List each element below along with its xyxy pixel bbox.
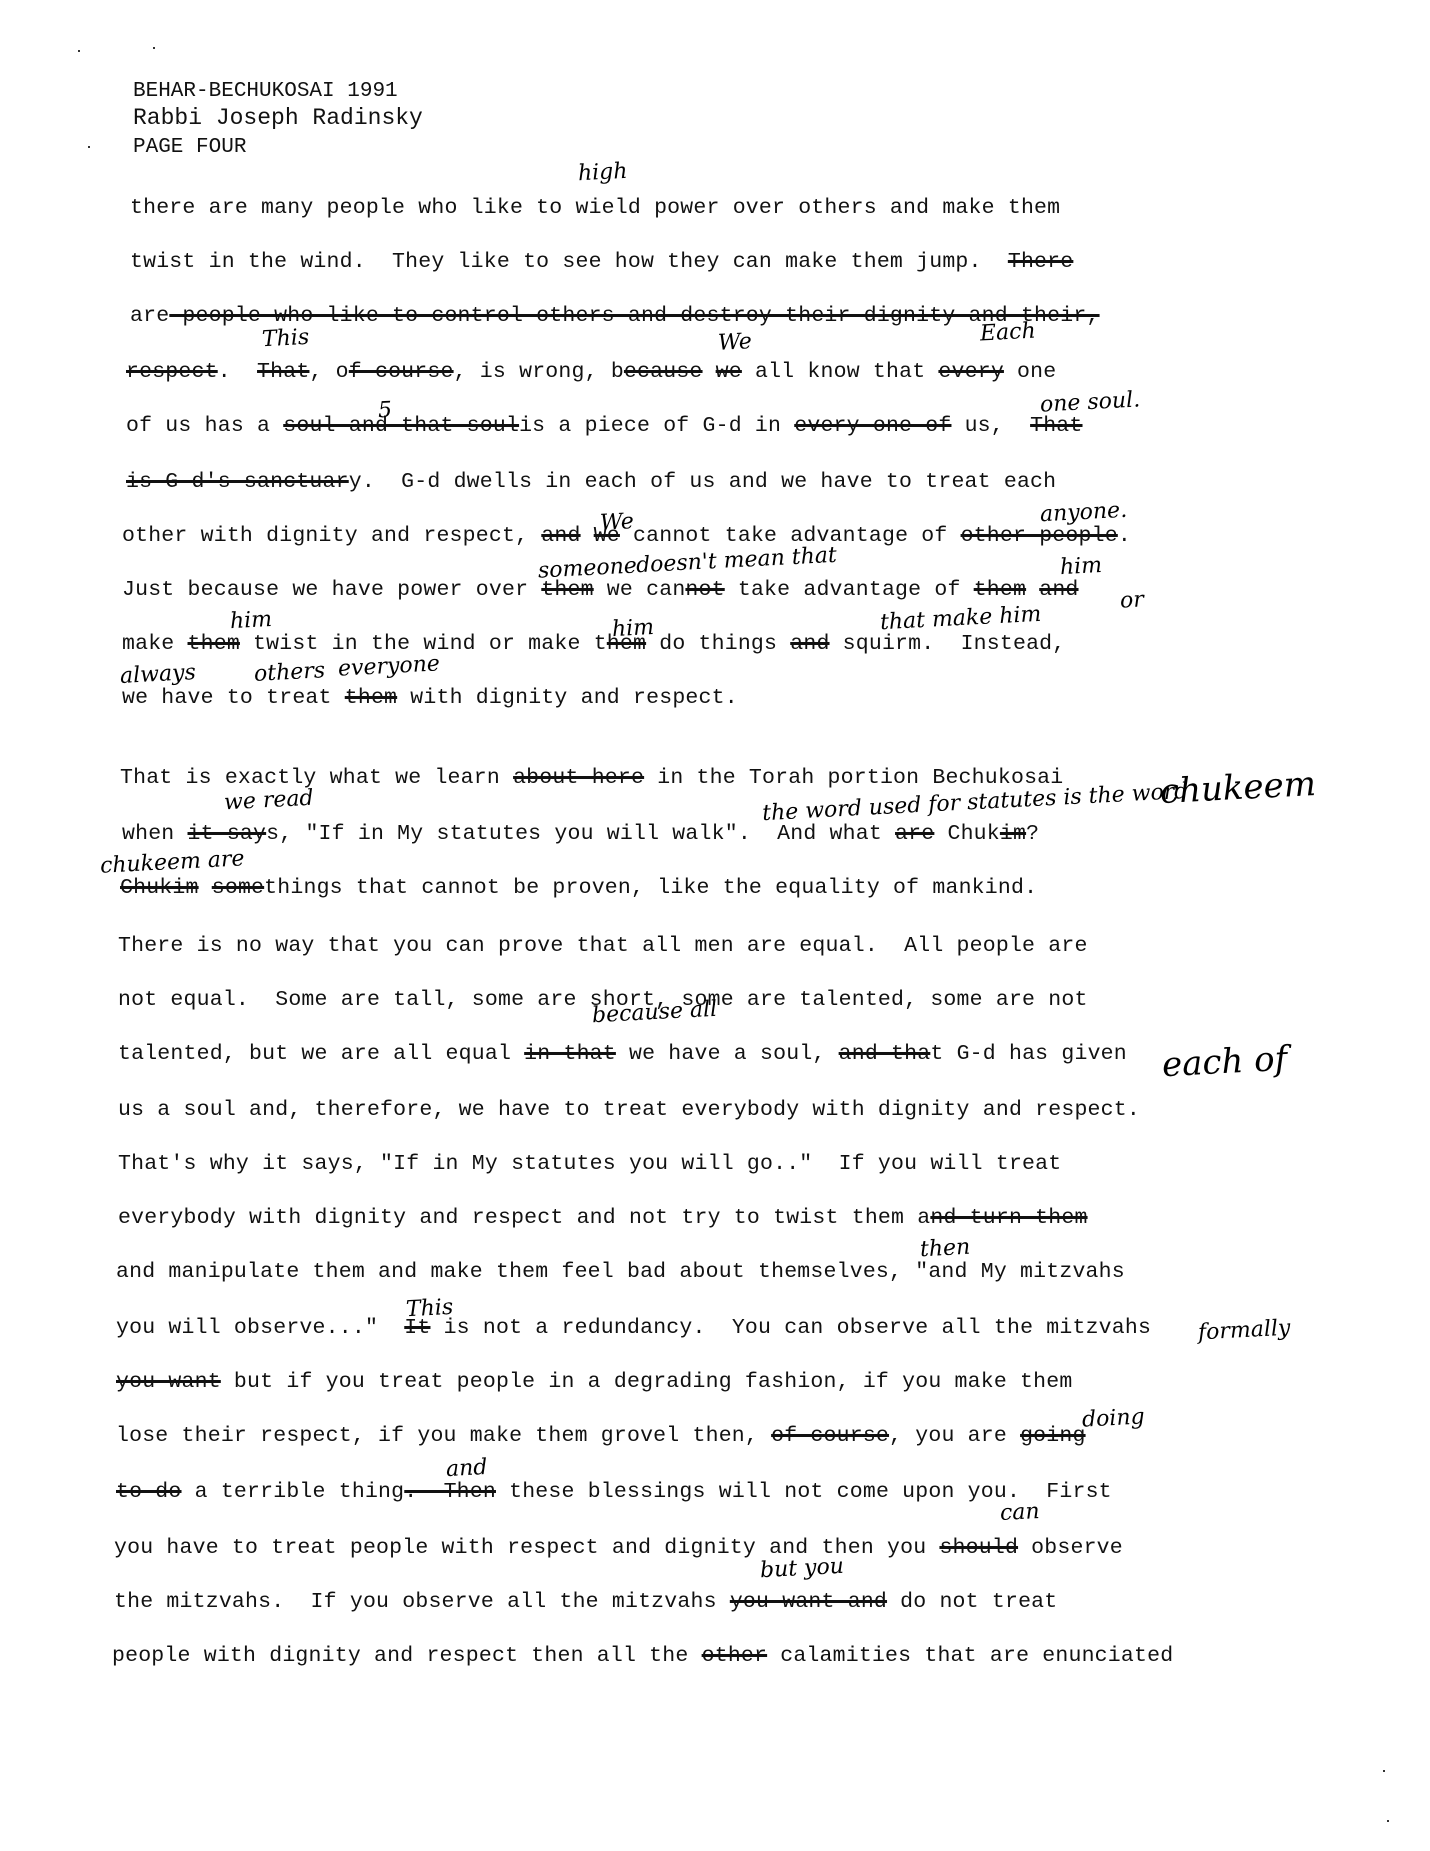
text-segment: is a piece of G-d in [519, 414, 794, 438]
text-segment: Just because we have power over [122, 578, 541, 602]
text-line: are people who like to control others an… [130, 304, 1100, 328]
struck-text: of course [771, 1424, 889, 1448]
text-segment: That is exactly what we learn [120, 766, 513, 790]
struck-text: ecause [624, 360, 703, 384]
text-segment: we can [594, 578, 686, 602]
text-segment: are [130, 304, 169, 328]
handwritten-note: because all [591, 997, 717, 1029]
text-segment: do things [646, 632, 790, 656]
struck-text: every [938, 360, 1004, 384]
text-segment: That's why it says, "If in My statutes y… [118, 1152, 1061, 1176]
text-segment: calamities that are enunciated [767, 1644, 1173, 1668]
handwritten-note: but you [759, 1554, 844, 1583]
handwritten-note: everyone [337, 651, 440, 681]
text-line: to do a terrible thing. Then these bless… [116, 1480, 1112, 1504]
text-line: respect. That, of course, is wrong, beca… [126, 360, 1056, 384]
text-segment: when [122, 822, 188, 846]
text-line: Chukim somethings that cannot be proven,… [120, 876, 1037, 900]
text-line: twist in the wind. They like to see how … [130, 250, 1073, 274]
text-segment: observe [1018, 1536, 1123, 1560]
handwritten-note: This [261, 325, 309, 352]
text-segment: a terrible thing [182, 1480, 405, 1504]
struck-text: it say [188, 822, 267, 846]
struck-text: f course [349, 360, 454, 384]
text-segment [581, 524, 594, 548]
text-segment [1026, 578, 1039, 602]
text-line: That's why it says, "If in My statutes y… [118, 1152, 1061, 1176]
struck-text: nd turn them [930, 1206, 1087, 1230]
handwritten-note: chukeem [1159, 764, 1317, 812]
page-label: PAGE FOUR [133, 136, 246, 160]
text-line: is G-d's sanctuary. G-d dwells in each o… [126, 470, 1056, 494]
handwritten-note: doing [1081, 1404, 1145, 1432]
struck-text: is G-d's sanctuar [126, 470, 349, 494]
text-segment: , o [309, 360, 348, 384]
struck-text: and [790, 632, 829, 656]
text-segment: do not treat [887, 1590, 1057, 1614]
document-page: BEHAR-BECHUKOSAI 1991 Rabbi Joseph Radin… [0, 0, 1430, 1851]
struck-text: other people [961, 524, 1118, 548]
struck-text: going [1020, 1424, 1086, 1448]
struck-text: should [939, 1536, 1018, 1560]
handwritten-note: that make him [879, 602, 1041, 635]
text-line: there are many people who like to wield … [130, 196, 1060, 220]
text-segment: Chuk [934, 822, 1000, 846]
text-segment: s, "If in My statutes you will walk". An… [266, 822, 895, 846]
text-segment: you will observe..." [116, 1316, 404, 1340]
text-segment: all know that [742, 360, 939, 384]
handwritten-note: can [999, 1499, 1040, 1526]
struck-text: about here [513, 766, 644, 790]
text-segment: , you are [889, 1424, 1020, 1448]
text-segment: , is wrong, b [454, 360, 624, 384]
text-segment: with dignity and respect. [397, 686, 738, 710]
text-segment: in the Torah portion Bechukosai [644, 766, 1063, 790]
handwritten-note: then [919, 1235, 970, 1263]
text-segment: t G-d has given [930, 1042, 1127, 1066]
struck-text: every one of [794, 414, 951, 438]
handwritten-note: each of [1161, 1039, 1288, 1085]
handwritten-note: doesn't mean that [635, 543, 837, 578]
text-line: make them twist in the wind or make them… [122, 632, 1065, 656]
struck-text: . Then [404, 1480, 496, 1504]
document-author: Rabbi Joseph Radinsky [133, 106, 423, 130]
text-segment: y. G-d dwells in each of us and we have … [349, 470, 1057, 494]
text-segment: squirm. Instead, [830, 632, 1066, 656]
struck-text: not [685, 578, 724, 602]
text-segment: other with dignity and respect, [122, 524, 541, 548]
struck-text: and tha [839, 1042, 931, 1066]
text-segment: lose their respect, if you make them gro… [116, 1424, 771, 1448]
handwritten-note: chukeem are [99, 846, 245, 879]
text-segment: we have a soul, [616, 1042, 839, 1066]
struck-text: are [895, 822, 934, 846]
handwritten-note: Each [979, 319, 1036, 347]
handwritten-note: high [577, 159, 628, 187]
text-segment [703, 360, 716, 384]
text-segment: talented, but we are all equal [118, 1042, 524, 1066]
text-segment: we have to treat [122, 686, 345, 710]
handwritten-note: We [717, 329, 752, 356]
text-line: people with dignity and respect then all… [112, 1644, 1173, 1668]
text-segment: everybody with dignity and respect and n… [118, 1206, 930, 1230]
struck-text: you want [116, 1370, 221, 1394]
handwritten-note: We [599, 509, 634, 536]
scan-speck [78, 50, 80, 52]
struck-text: them [974, 578, 1026, 602]
struck-text: them [188, 632, 240, 656]
text-line: and manipulate them and make them feel b… [116, 1260, 1125, 1284]
text-line: you have to treat people with respect an… [114, 1536, 1123, 1560]
struck-text: people who like to control others and de… [169, 304, 1099, 328]
text-segment: the mitzvahs. If you observe all the mit… [114, 1590, 730, 1614]
text-segment: ? [1026, 822, 1039, 846]
text-segment: us a soul and, therefore, we have to tre… [118, 1098, 1140, 1122]
text-line: you will observe..." It is not a redunda… [116, 1316, 1151, 1340]
struck-text: There [1008, 250, 1074, 274]
handwritten-note: and [445, 1455, 488, 1482]
text-line: we have to treat them with dignity and r… [122, 686, 738, 710]
struck-text: im [1000, 822, 1026, 846]
document-title: BEHAR-BECHUKOSAI 1991 [133, 80, 398, 104]
struck-text: other [702, 1644, 768, 1668]
text-segment: take advantage of [725, 578, 974, 602]
handwritten-note: him [229, 607, 272, 634]
text-segment: There is no way that you can prove that … [118, 934, 1088, 958]
struck-text: to do [116, 1480, 182, 1504]
text-segment: twist in the wind. They like to see how … [130, 250, 1008, 274]
handwritten-note: formally [1197, 1316, 1291, 1346]
text-line: That is exactly what we learn about here… [120, 766, 1063, 790]
scan-speck [153, 47, 155, 49]
handwritten-note: others [253, 658, 325, 687]
struck-text: respect [126, 360, 218, 384]
text-line: the mitzvahs. If you observe all the mit… [114, 1590, 1057, 1614]
text-line: us a soul and, therefore, we have to tre… [118, 1098, 1140, 1122]
struck-text: you want and [730, 1590, 887, 1614]
text-segment: but if you treat people in a degrading f… [221, 1370, 1073, 1394]
text-segment: things that cannot be proven, like the e… [264, 876, 1037, 900]
handwritten-note: always [119, 660, 196, 689]
text-line: talented, but we are all equal in that w… [118, 1042, 1127, 1066]
text-segment: there are many people who like to wield … [130, 196, 1060, 220]
scan-speck [1387, 1820, 1389, 1822]
text-segment: make [122, 632, 188, 656]
struck-text: we [716, 360, 742, 384]
struck-text: soul and that soul [283, 414, 519, 438]
text-line: you want but if you treat people in a de… [116, 1370, 1072, 1394]
scan-speck [1383, 1770, 1385, 1772]
text-line: Just because we have power over them we … [122, 578, 1079, 602]
handwritten-note: someone [537, 553, 637, 583]
handwritten-note: him [1059, 553, 1102, 580]
handwritten-note: anyone. [1039, 498, 1127, 528]
struck-text: in that [524, 1042, 616, 1066]
text-segment: us, [951, 414, 1030, 438]
struck-text: Chukim [120, 876, 199, 900]
handwritten-note: one soul. [1039, 387, 1140, 417]
handwritten-note: This [405, 1295, 453, 1322]
text-segment: . [218, 360, 257, 384]
struck-text: and [1039, 578, 1078, 602]
text-segment: one [1004, 360, 1056, 384]
text-line: lose their respect, if you make them gro… [116, 1424, 1086, 1448]
text-line: everybody with dignity and respect and n… [118, 1206, 1088, 1230]
struck-text: them [345, 686, 397, 710]
handwritten-note: we read [223, 786, 314, 816]
handwritten-note: or [1119, 587, 1144, 613]
text-segment: and manipulate them and make them feel b… [116, 1260, 1125, 1284]
text-segment: is not a redundancy. You can observe all… [430, 1316, 1151, 1340]
struck-text: and [541, 524, 580, 548]
text-line: of us has a soul and that soulis a piece… [126, 414, 1083, 438]
handwritten-note: him [611, 615, 654, 642]
struck-text: some [212, 876, 264, 900]
struck-text: That [257, 360, 309, 384]
struck-text: That [1030, 414, 1082, 438]
text-segment: people with dignity and respect then all… [112, 1644, 702, 1668]
scan-speck [88, 146, 90, 148]
text-line: when it says, "If in My statutes you wil… [122, 822, 1039, 846]
text-segment [199, 876, 212, 900]
handwritten-note: 5 [377, 398, 392, 424]
text-line: There is no way that you can prove that … [118, 934, 1088, 958]
text-segment: . [1118, 524, 1131, 548]
text-segment: of us has a [126, 414, 283, 438]
